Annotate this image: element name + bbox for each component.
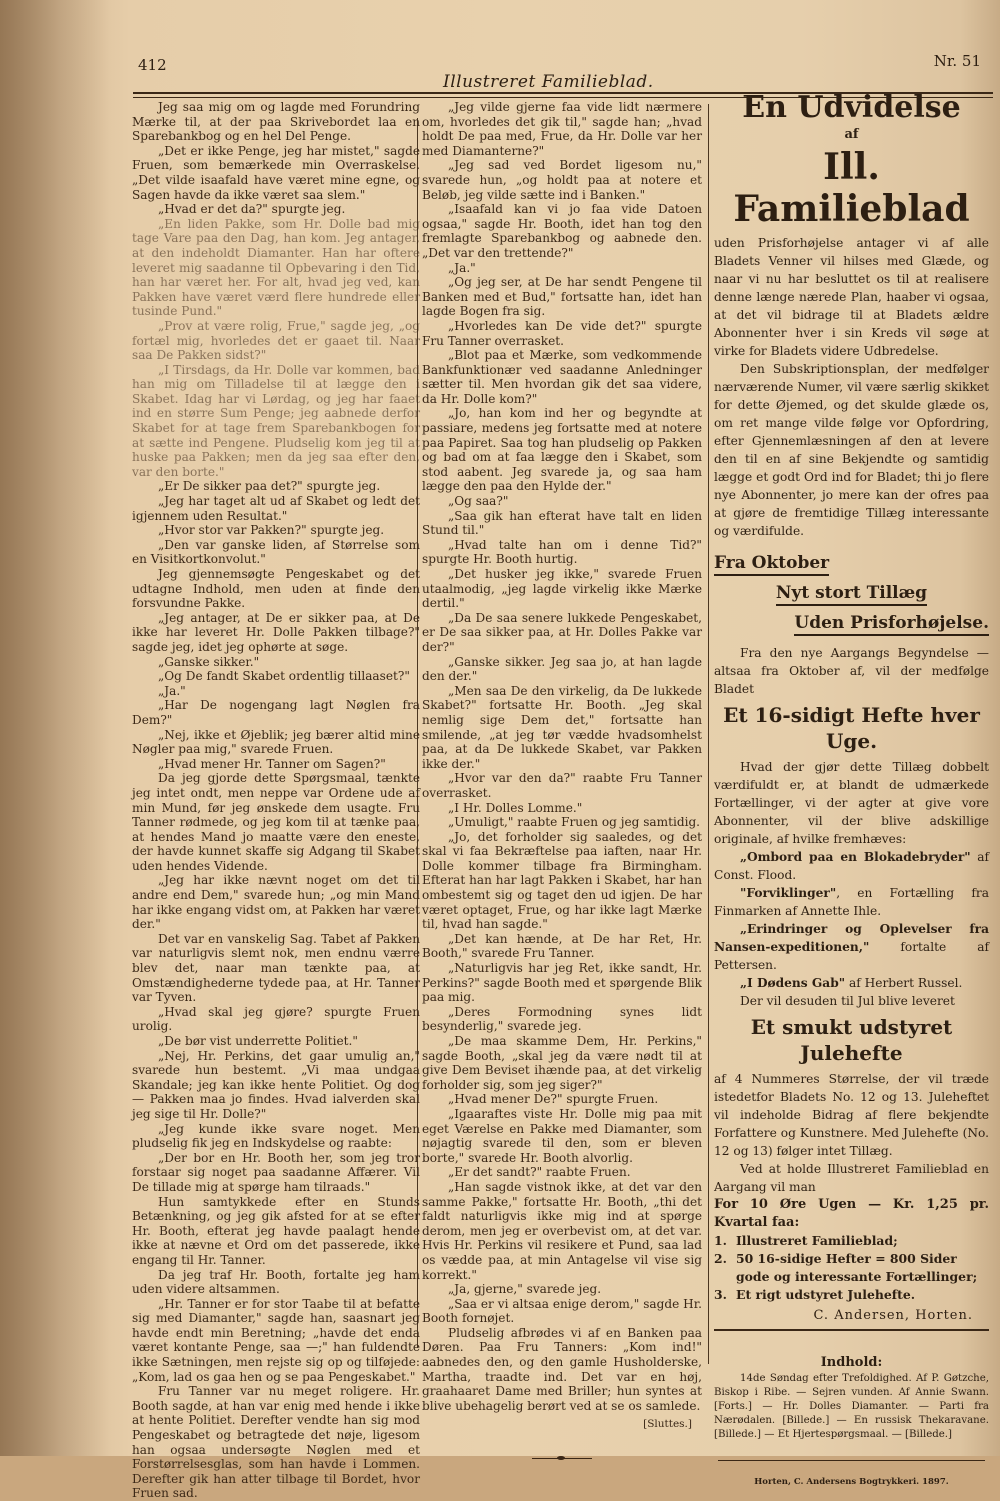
featured-story: „Ombord paa en Blokadebryder" af Const. …: [714, 848, 989, 884]
story-paragraph: Da jeg traf Hr. Booth, fortalte jeg ham …: [132, 1268, 420, 1297]
story-paragraph: „Og jeg ser, at De har sendt Pengene til…: [422, 275, 702, 319]
publisher-signature: C. Andersen, Horten.: [714, 1308, 973, 1323]
story-column-left: Jeg saa mig om og lagde med Forundring M…: [132, 100, 420, 1456]
story-paragraph: „Jeg sad ved Bordet ligesom nu," svarede…: [422, 158, 702, 202]
section-rule: [714, 1329, 989, 1331]
price-line: For 10 Øre Ugen — Kr. 1,25 pr. Kvartal f…: [714, 1196, 989, 1232]
story-paragraph: „Og saa?": [422, 494, 702, 509]
story-paragraph: „Jeg har ikke nævnt noget om det til and…: [132, 873, 420, 931]
story-paragraph: „Prov at være rolig, Frue," sagde jeg, „…: [132, 319, 420, 363]
story-paragraph: „Ja, gjerne," svarede jeg.: [422, 1282, 702, 1297]
featured-story: "Forviklinger", en Fortælling fra Finmar…: [714, 884, 989, 920]
story-author: af Herbert Russel.: [845, 976, 962, 990]
story-paragraph: „Er De sikker paa det?" spurgte jeg.: [132, 479, 420, 494]
offer-number: 2.: [714, 1250, 736, 1286]
story-paragraph: „Og De fandt Skabet ordentlig tillaaset?…: [132, 669, 420, 684]
offer-text: Illustreret Familieblad;: [736, 1232, 898, 1250]
story-paragraph: „Jeg antager, at De er sikker paa, at De…: [132, 611, 420, 655]
story-paragraph: „Den var ganske liden, af Størrelse som …: [132, 538, 420, 567]
story-paragraph: „Da De saa senere lukkede Pengeskabet, e…: [422, 611, 702, 655]
ad-subscription-text: Den Subskriptionsplan, der medfølger nær…: [714, 360, 989, 540]
story-paragraph: „Hvad mener De?" spurgte Fruen.: [422, 1092, 702, 1107]
story-paragraph: „Jeg kunde ikke svare noget. Men pludsel…: [132, 1122, 420, 1151]
continued-mark: [Sluttes.]: [422, 1417, 702, 1432]
christmas-text: af 4 Nummeres Størrelse, der vil træde i…: [714, 1070, 989, 1160]
offer-number: 1.: [714, 1232, 736, 1250]
story-paragraph: Jeg saa mig om og lagde med Forundring M…: [132, 100, 420, 144]
offer-text: 50 16-sidige Hefter = 800 Sider gode og …: [736, 1250, 989, 1286]
story-paragraph: „De maa skamme Dem, Hr. Perkins," sagde …: [422, 1034, 702, 1092]
story-paragraph: „Jeg har taget alt ud af Skabet og ledt …: [132, 494, 420, 523]
heading-new-supplement: Nyt stort Tillæg: [776, 582, 927, 606]
story-paragraph: „Hr. Tanner er for stor Taabe til at bef…: [132, 1297, 420, 1385]
story-paragraph: Hun samtykkede efter en Stunds Betænknin…: [132, 1195, 420, 1268]
featured-stories-list: „Ombord paa en Blokadebryder" af Const. …: [714, 848, 989, 992]
story-paragraph: „Nej, Hr. Perkins, det gaar umulig an," …: [132, 1049, 420, 1122]
story-paragraph: „Saa gik han efterat have talt en liden …: [422, 509, 702, 538]
story-paragraph: „Igaaraftes viste Hr. Dolle mig paa mit …: [422, 1107, 702, 1165]
story-paragraph: Pludselig afbrødes vi af en Banken paa D…: [422, 1326, 702, 1414]
running-title: Illustreret Familieblad.: [443, 72, 654, 92]
story-title: "Forviklinger": [740, 886, 836, 900]
story-paragraph: Fru Tanner var nu meget roligere. Hr. Bo…: [132, 1384, 420, 1456]
story-paragraph: Da jeg gjorde dette Spørgsmaal, tænkte j…: [132, 771, 420, 873]
story-paragraph: „Det kan hænde, at De har Ret, Hr. Booth…: [422, 932, 702, 961]
story-paragraph: „Har De nogengang lagt Nøglen fra Dem?": [132, 698, 420, 727]
story-paragraph: „Men saa De den virkelig, da De lukkede …: [422, 684, 702, 772]
value-text: Hvad der gjør dette Tillæg dobbelt værdi…: [714, 758, 989, 848]
heading-from-october: Fra Oktober: [714, 552, 829, 576]
column-divider: [708, 104, 709, 1364]
contents-body: 14de Søndag efter Trefoldighed. Af P. Gø…: [714, 1372, 989, 1442]
keep-text: Ved at holde Illustreret Familieblad en …: [714, 1160, 989, 1196]
story-paragraph: „Er det sandt?" raabte Fruen.: [422, 1165, 702, 1180]
story-paragraph: „I Hr. Dolles Lomme.": [422, 801, 702, 816]
weekly-booklet-line: Et 16-sidigt Hefte hver Uge.: [714, 702, 989, 754]
newspaper-page: 412 Illustreret Familieblad. Nr. 51 Jeg …: [0, 0, 1000, 1456]
story-paragraph: „Det er ikke Penge, jeg har mistet," sag…: [132, 144, 420, 202]
story-paragraph: „De bør vist underrette Politiet.": [132, 1034, 420, 1049]
from-year-text: Fra den nye Aargangs Begyndelse — altsaa…: [714, 644, 989, 698]
story-title: „I Dødens Gab": [740, 976, 845, 990]
story-paragraph: „Deres Formodning synes lidt besynderlig…: [422, 1005, 702, 1034]
advertisement-column: En Udvidelse af Ill. Familieblad uden Pr…: [714, 90, 989, 1456]
story-paragraph: „Hvad talte han om i denne Tid?" spurgte…: [422, 538, 702, 567]
story-paragraph: „Isaafald kan vi jo faa vide Datoen ogsa…: [422, 202, 702, 260]
featured-story: „Erindringer og Oplevelser fra Nansen-ex…: [714, 920, 989, 974]
story-paragraph: „Hvad er det da?" spurgte jeg.: [132, 202, 420, 217]
story-paragraph: „Ja.": [422, 261, 702, 276]
story-paragraph: Det var en vanskelig Sag. Tabet af Pakke…: [132, 932, 420, 1005]
story-paragraph: „Naturligvis har jeg Ret, ikke sandt, Hr…: [422, 961, 702, 1005]
ad-intro: uden Prisforhøjelse antager vi af alle B…: [714, 234, 989, 360]
story-paragraph: „Hvad mener Hr. Tanner om Sagen?": [132, 757, 420, 772]
offer-number: 3.: [714, 1286, 736, 1304]
offer-item: 3.Et rigt udstyret Julehefte.: [714, 1286, 989, 1304]
story-paragraph: „Umuligt," raabte Fruen og jeg samtidig.: [422, 815, 702, 830]
page-number: 412: [138, 56, 167, 74]
story-paragraph: „Der bor en Hr. Booth her, som jeg tror …: [132, 1151, 420, 1195]
story-paragraph: „Hvorledes kan De vide det?" spurgte Fru…: [422, 319, 702, 348]
featured-story: „I Dødens Gab" af Herbert Russel.: [714, 974, 989, 992]
ad-title-af: af: [714, 126, 989, 144]
christmas-booklet-line: Et smukt udstyret Julehefte: [714, 1014, 989, 1066]
story-paragraph: „Det husker jeg ikke," svarede Fruen uta…: [422, 567, 702, 611]
story-paragraph: „Blot paa et Mærke, som vedkommende Bank…: [422, 348, 702, 406]
story-title: „Ombord paa en Blokadebryder": [740, 850, 971, 864]
story-paragraph: „Jo, han kom ind her og begyndte at pass…: [422, 406, 702, 494]
story-paragraph: „Saa er vi altsaa enige derom," sagde Hr…: [422, 1297, 702, 1326]
story-paragraph: Jeg gjennemsøgte Pengeskabet og det udta…: [132, 567, 420, 611]
story-paragraph: „Ja.": [132, 684, 420, 699]
story-paragraph: „Nej, ikke et Øjeblik; jeg bærer altid m…: [132, 728, 420, 757]
contents-title: Indhold:: [714, 1355, 989, 1370]
ad-title-publication: Ill. Familieblad: [714, 146, 989, 230]
story-paragraph: „Jeg vilde gjerne faa vide lidt nærmere …: [422, 100, 702, 158]
story-paragraph: „Hvor stor var Pakken?" spurgte jeg.: [132, 523, 420, 538]
story-paragraph: „Jo, det forholder sig saaledes, og det …: [422, 830, 702, 932]
story-paragraph: „Hvor var den da?" raabte Fru Tanner ove…: [422, 771, 702, 800]
story-paragraph: „Han sagde vistnok ikke, at det var den …: [422, 1180, 702, 1282]
heading-no-price-increase: Uden Prisforhøjelse.: [794, 612, 989, 636]
ad-title: En Udvidelse: [714, 90, 989, 126]
story-paragraph: „Ganske sikker.": [132, 655, 420, 670]
issue-number: Nr. 51: [934, 52, 981, 70]
story-paragraph: „Ganske sikker. Jeg saa jo, at han lagde…: [422, 655, 702, 684]
offer-item: 1.Illustreret Familieblad;: [714, 1232, 989, 1250]
story-paragraph: „I Tirsdags, da Hr. Dolle var kommen, ba…: [132, 363, 420, 480]
story-column-middle: „Jeg vilde gjerne faa vide lidt nærmere …: [422, 100, 702, 1456]
story-paragraph: „Hvad skal jeg gjøre? spurgte Fruen urol…: [132, 1005, 420, 1034]
offer-list: 1.Illustreret Familieblad;2.50 16-sidige…: [714, 1232, 989, 1304]
offer-item: 2.50 16-sidige Hefter = 800 Sider gode o…: [714, 1250, 989, 1286]
story-paragraph: „En liden Pakke, som Hr. Dolle bad mig t…: [132, 217, 420, 319]
offer-text: Et rigt udstyret Julehefte.: [736, 1286, 915, 1304]
christmas-intro: Der vil desuden til Jul blive leveret: [714, 992, 989, 1010]
